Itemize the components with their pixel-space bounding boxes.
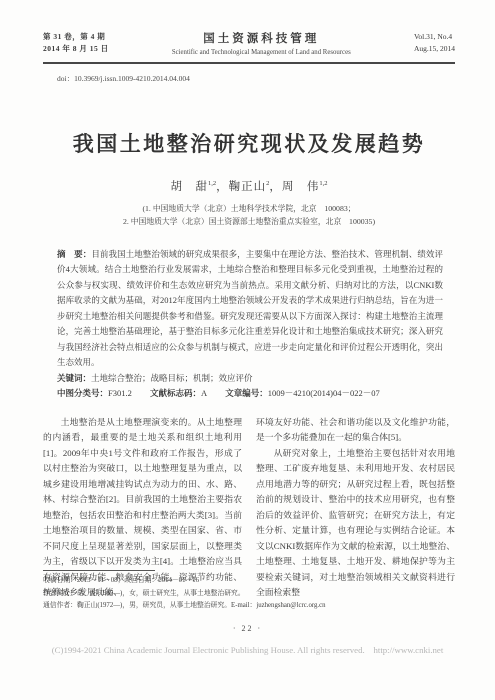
copyright-notice: (C)1994-2021 China Academic Journal Elec… xyxy=(0,643,495,656)
keywords-label: 关键词： xyxy=(57,373,91,383)
abstract-label: 摘 要： xyxy=(57,249,91,259)
journal-title-en: Scientific and Technological Management … xyxy=(115,49,408,56)
issue-info-cn: 第 31 卷，第 4 期 2014 年 8 月 15 日 xyxy=(43,31,109,54)
clc-number: 中图分类号：F301.2 xyxy=(57,388,132,398)
abstract-text: 目前我国土地整治领域的研究成果很多，主要集中在理论方法、整治技术、管理机制、绩效… xyxy=(57,249,443,368)
issue-volume-en: Vol.31, No.4 xyxy=(414,31,455,43)
document-code-label: 文献标志码： xyxy=(150,388,201,398)
author-3-affil-sup: 1,2 xyxy=(319,180,327,187)
author-3: 周 伟1,2 xyxy=(282,181,328,193)
footnote-separator-rule xyxy=(43,570,155,571)
keywords-text: 土地综合整治；战略目标；机制；效应评价 xyxy=(91,373,253,383)
article-id: 文章编号：1009－4210(2014)04－022－07 xyxy=(225,388,379,398)
issue-date-en: Aug.15, 2014 xyxy=(414,43,455,55)
author-1-name: 胡 甜 xyxy=(171,181,209,193)
doi-line: doi：10.3969/j.issn.1009-4210.2014.04.004 xyxy=(57,73,455,84)
author-1-affil-sup: 1,2 xyxy=(208,180,216,187)
footnote-author-bio: 作者简介：胡 甜(1989—)，女，硕士研究生，从事土地整治研究。 xyxy=(43,588,378,601)
author-2-name: 鞠正山 xyxy=(229,181,267,193)
author-separator: ， xyxy=(216,181,229,193)
affiliation-line-1: (1. 中国地质大学（北京）土地科学技术学院，北京 100083； xyxy=(43,203,455,216)
document-code: 文献标志码：A xyxy=(150,388,207,398)
keywords-line: 关键词：土地综合整治；战略目标；机制；效应评价 xyxy=(57,371,443,387)
footnote-corresponding-author: 通信作者：鞠正山(1972—)，男，研究员，从事土地整治研究。E-mail：ju… xyxy=(43,600,378,613)
page-number: · 22 · xyxy=(0,624,495,633)
affiliations: (1. 中国地质大学（北京）土地科学技术学院，北京 100083； 2. 中国地… xyxy=(43,203,455,229)
journal-title-block: 国土资源科技管理 Scientific and Technological Ma… xyxy=(109,30,414,56)
affiliation-line-2: 2. 中国地质大学（北京）国土资源部土地整治重点实验室，北京 100035) xyxy=(43,216,455,229)
body-paragraph-right-continuation: 环境友好功能、社会和谐功能以及文化维护功能，是一个多功能叠加在一起的集合体[5]… xyxy=(256,415,455,446)
document-code-value: A xyxy=(201,388,207,398)
clc-label: 中图分类号： xyxy=(57,388,108,398)
issue-info-en: Vol.31, No.4 Aug.15, 2014 xyxy=(414,31,455,55)
journal-header: 第 31 卷，第 4 期 2014 年 8 月 15 日 国土资源科技管理 Sc… xyxy=(43,30,455,64)
paper-page: 第 31 卷，第 4 期 2014 年 8 月 15 日 国土资源科技管理 Sc… xyxy=(0,0,495,700)
footnote-received-date: 收稿日期：2013－11－08；改回日期：2014－01－16 xyxy=(43,575,378,588)
article-id-value: 1009－4210(2014)04－022－07 xyxy=(268,388,380,398)
article-title: 我国土地整治研究现状及发展趋势 xyxy=(43,128,455,158)
authors-line: 胡 甜1,2，鞠正山2，周 伟1,2 xyxy=(43,178,455,194)
author-1: 胡 甜1,2 xyxy=(171,181,217,193)
journal-title-cn: 国土资源科技管理 xyxy=(115,30,408,46)
issue-date-cn: 2014 年 8 月 15 日 xyxy=(43,43,109,55)
abstract: 摘 要：目前我国土地整治领域的研究成果很多，主要集中在理论方法、整治技术、管理机… xyxy=(57,247,443,371)
clc-value: F301.2 xyxy=(108,388,132,398)
author-2: 鞠正山2 xyxy=(229,181,270,193)
author-separator: ， xyxy=(269,181,282,193)
article-id-label: 文章编号： xyxy=(225,388,268,398)
issue-volume-cn: 第 31 卷，第 4 期 xyxy=(43,31,109,43)
author-3-name: 周 伟 xyxy=(282,181,320,193)
classification-line: 中图分类号：F301.2 文献标志码：A 文章编号：1009－4210(2014… xyxy=(57,386,443,402)
footnotes: 收稿日期：2013－11－08；改回日期：2014－01－16 作者简介：胡 甜… xyxy=(43,570,378,613)
